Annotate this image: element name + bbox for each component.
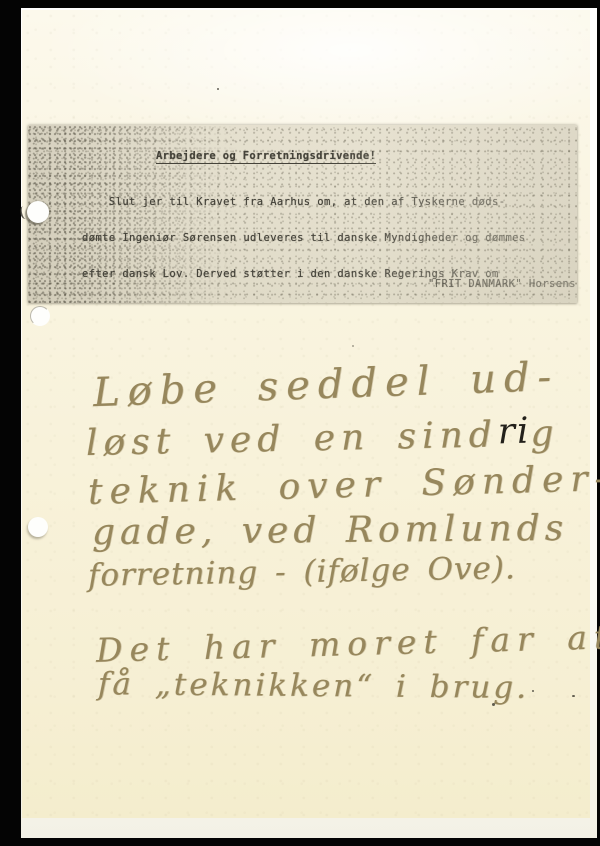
leaflet-body-line: Tyskerne først at skyde danske Borgere, … [82, 340, 526, 352]
leaflet-clipping: Arbejdere og Forretningsdrivende! Slut j… [28, 125, 577, 303]
scrapbook-page: Arbejdere og Forretningsdrivende! Slut j… [22, 10, 590, 818]
leaflet-body-line: Slut jer til Kravet fra Aarhus om, at de… [82, 196, 526, 208]
handwriting-line-6: Det har moret far at [96, 617, 600, 670]
leaflet-body-line: Ikke-Indblanding i indre danske Forhold.… [82, 304, 526, 316]
handwriting-line-1: Løbe seddel ud- [92, 354, 559, 416]
handwriting-line-2-post: g [530, 413, 560, 455]
handwriting-line-4: gade, ved Romlunds [92, 508, 569, 553]
dust-speck [492, 703, 495, 706]
photo-frame: Arbejdere og Forretningsdrivende! Slut j… [0, 0, 600, 846]
punch-hole-middle [30, 306, 50, 326]
dust-speck [532, 690, 534, 692]
handwriting-line-7: få „teknikken“ i brug. [98, 666, 529, 706]
handwriting-line-3: teknik over Sønder- [88, 458, 600, 513]
leaflet-body-line: dømte Ingeniør Sørensen udleveres til da… [82, 232, 526, 244]
handwriting-line-2-pre: løst ved en sind [86, 414, 499, 464]
punch-hole-bottom [28, 517, 48, 537]
handwriting-line-5: forretning - (ifølge Ove). [88, 550, 516, 593]
leaflet-title: Arbejdere og Forretningsdrivende! [156, 150, 376, 164]
leaflet-text-block: Arbejdere og Forretningsdrivende! Slut j… [28, 125, 577, 303]
dust-speck [352, 345, 354, 347]
dust-speck [217, 88, 219, 90]
handwriting-ink-correction: ri [497, 411, 531, 453]
leaflet-signature: "FRIT DANMARK" Horsens. [428, 278, 583, 290]
handwriting-line-2: løst ved en sindrig [86, 413, 560, 464]
dust-speck [572, 695, 575, 697]
punch-hole-top [27, 201, 49, 223]
